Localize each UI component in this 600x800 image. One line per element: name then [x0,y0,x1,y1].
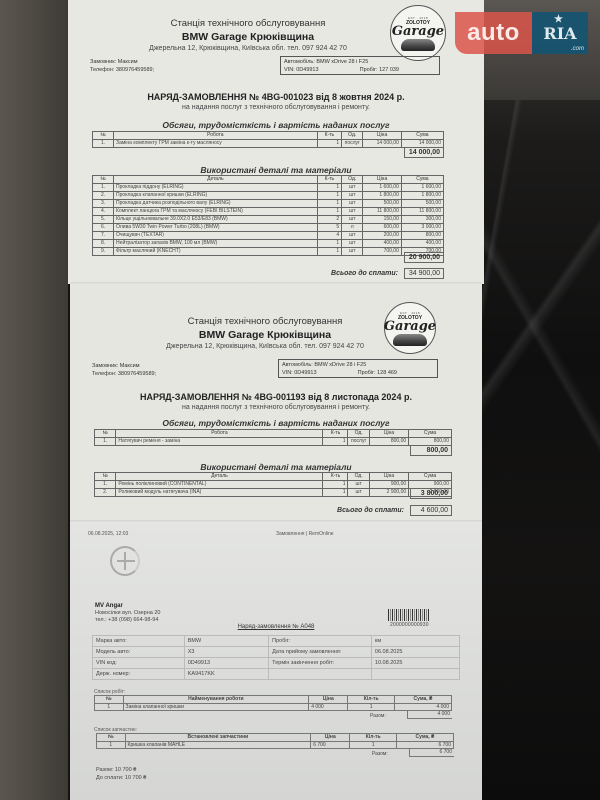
info-value: X3 [184,647,268,658]
receipt-totals: Разом: 10 700 ₴ До сплати: 10 700 ₴ [96,766,146,782]
parts-title: Використані деталі та матеріали [70,462,482,472]
item-sum: 11 800,00 [401,208,443,216]
garage-logo: EST · 2018 ZOLOTOY Garage [384,302,436,354]
item-unit: шт [342,208,363,216]
station-title: Станція технічного обслуговування [128,18,368,29]
table-header-row: №РоботаК-тьОд.ЦінаСума [93,132,444,140]
column-header: Сума [409,430,452,438]
shop-phone: тел.: +38 (098) 664-98-94 [95,617,160,624]
services-table: №РоботаК-тьОд.ЦінаСума1.Натягувач ременя… [94,429,452,446]
station-title: Станція технічного обслуговування [160,316,370,327]
grand-total-value: 34 900,00 [404,268,444,279]
item-price: 150,00 [363,216,402,224]
parts-total-label: Разом: [372,751,388,757]
column-header: Сума, ₴ [396,734,453,742]
invoice-sheet-2: Станція технічного обслуговування BMW Ga… [70,282,482,522]
info-label: Пробіг: [269,636,372,647]
car-model: Автомобіль: BMW xDrive 28 i F25 [284,58,436,66]
info-value: 10.08.2025 [371,658,459,669]
item-name: Прокладка піддону (ELRING) [114,184,318,192]
client-name: Замовник: Максим [92,362,156,370]
invoice-sheet-1: Станція технічного обслуговування BMW Ga… [68,0,484,284]
column-header: К-ть [317,176,342,184]
table-row: 6.Оливa 5W30 Twin Power Turbo (208L) (BM… [93,224,444,232]
row-number: 1. [93,184,114,192]
info-label: Марка авто: [93,636,185,647]
parts-table: №ДетальК-тьОд.ЦінаСума1.Прокладка піддон… [92,175,444,256]
item-name: Прокладка клапанної кришки (ELRING) [114,192,318,200]
services-table: №РоботаК-тьОд.ЦінаСума1.Заміна комплекту… [92,131,444,148]
column-header: Робота [116,430,323,438]
item-unit: л [342,224,363,232]
column-header: Встановлені запчастини [125,734,311,742]
column-header: Деталь [114,176,318,184]
item-sum: 6 700 [396,741,453,749]
row-number: 3. [93,200,114,208]
column-header: Кіл-ть [348,696,394,704]
item-sum: 300,00 [401,216,443,224]
column-header: К-ть [323,430,348,438]
table-row: 1Заміна клапанної кришки4 00014 000 [95,703,452,711]
column-header: № [93,132,114,140]
item-qty: 1 [323,489,348,497]
station-name: BMW Garage Крюківщина [160,329,370,341]
item-sum: 3 000,00 [401,224,443,232]
item-qty: 5 [317,224,342,232]
works-total-label: Разом: [370,713,386,719]
info-label: Держ. номер: [93,669,185,680]
item-qty: 1 [317,192,342,200]
car-model: Автомобіль: BMW xDrive 28 i F25 [282,361,434,369]
stamp-icon [110,546,140,576]
works-total: 4 000 [407,711,452,719]
item-price: 900,00 [369,481,408,489]
car-info-box: Автомобіль: BMW xDrive 28 i F25 VIN: 0D4… [278,359,438,378]
column-header: Сума [409,473,452,481]
item-name: Заміна комплекту ГРМ заміна к-ту масляно… [114,140,318,148]
watermark-dotcom: .com [571,46,584,52]
info-label: Модель авто: [93,647,185,658]
grand-total-label: Всього до сплати: [270,507,404,514]
item-unit: шт [342,192,363,200]
receipt-datetime: 06.08.2025, 12:03 [88,531,128,537]
item-price: 500,00 [363,200,402,208]
info-label [269,669,372,680]
row-number: 5. [93,216,114,224]
info-value: 06.08.2025 [371,647,459,658]
car-icon [393,334,427,346]
item-price: 6 700 [311,741,350,749]
paper-fold [70,282,482,285]
item-price: 14 000,00 [363,140,402,148]
table-header-row: №РоботаК-тьОд.ЦінаСума [95,430,452,438]
column-header: Ціна [363,132,402,140]
row-number: 1 [95,703,124,711]
row-number: 9. [93,248,114,256]
column-header: Деталь [116,473,323,481]
parts-title: Використані деталі та матеріали [68,165,484,175]
column-header: Робота [114,132,318,140]
item-name: Комплект ланцюга ГРМ та масляносу (FEBI … [114,208,318,216]
car-info-box: Автомобіль: BMW xDrive 28 i F25 VIN: 0D4… [280,56,440,75]
column-header: Сума, ₴ [394,696,451,704]
info-value: км [371,636,459,647]
item-unit: шт [348,481,369,489]
autoria-watermark: auto ★ RIA .com [455,12,588,54]
item-qty: 4 [317,232,342,240]
table-row: 1.Прокладка піддону (ELRING)1шт1 600,001… [93,184,444,192]
shop-info: MV Angar Новосілки вул. Озерна 20 тел.: … [95,603,160,624]
receipt-sheet: 06.08.2025, 12:03 Замовлення | RemOnline… [70,520,482,800]
item-sum: 400,00 [401,240,443,248]
watermark-ria-text: RIA [543,24,576,43]
info-label: Дата прийому замовлення: [269,647,372,658]
table-row: 8.Нейтралізатор запахів BMW, 100 мл (BMW… [93,240,444,248]
column-header: К-ть [317,132,342,140]
table-row: 3.Прокладка датчика розподільного валу (… [93,200,444,208]
grand-total-value: 4 600,00 [410,505,452,516]
station-name: BMW Garage Крюківщина [128,31,368,43]
column-header: № [95,696,124,704]
item-name: Очищувач (TEXTAR) [114,232,318,240]
item-name: Ремінь поліклиновий (CONTINENTAL) [116,481,323,489]
watermark-ria: ★ RIA .com [532,12,588,54]
row-number: 1. [93,140,114,148]
item-price: 1 600,00 [363,184,402,192]
table-row: 7.Очищувач (TEXTAR)4шт200,00800,00 [93,232,444,240]
row-number: 4. [93,208,114,216]
info-value [371,669,459,680]
works-table: №Найменування роботиЦінаКіл-тьСума, ₴1За… [94,695,452,711]
item-qty: 1 [323,481,348,489]
column-header: Ціна [309,696,348,704]
item-sum: 500,00 [401,200,443,208]
car-mileage: Пробіг: 127 039 [360,66,399,74]
vehicle-info-table: Марка авто:BMWПробіг:кмМодель авто:X3Дат… [92,635,460,680]
shop-address: Новосілки вул. Озерна 20 [95,610,160,617]
item-qty: 1 [350,741,396,749]
table-row: 2.Роликовий модуль натягувача (INA)1шт2 … [95,489,452,497]
client-name: Замовник: Максим [90,58,154,66]
parts-total: 6 700 [409,749,454,757]
item-qty: 1 [317,208,342,216]
paper-fold [70,520,482,523]
item-unit: шт [342,248,363,256]
station-address: Джерельна 12, Крюківщина, Київська обл. … [128,45,368,52]
column-header: Сума [401,132,443,140]
item-unit: шт [348,489,369,497]
total-line: Разом: 10 700 ₴ [96,766,146,774]
item-price: 400,00 [363,240,402,248]
client-phone: Телефон: 380976459589; [90,66,154,74]
star-icon: ★ [554,14,563,25]
background-left [0,0,68,800]
item-name: Кільце ущільнювальне 39.0X2.0 E53/E83 (B… [114,216,318,224]
column-header: Од. [348,473,369,481]
item-sum: 4 000 [394,703,451,711]
column-header: Од. [342,176,363,184]
order-title: НАРЯД-ЗАМОВЛЕННЯ № 4BG-001023 від 8 жовт… [68,92,484,102]
table-header-row: №Встановлені запчастиниЦінаКіл-тьСума, ₴ [97,734,454,742]
parts-table: №ДетальК-тьОд.ЦінаСума1.Ремінь поліклино… [94,472,452,497]
column-header: Од. [342,132,363,140]
info-row: Держ. номер:KA9417KK [93,669,460,680]
item-price: 11 800,00 [363,208,402,216]
info-row: VIN код:0D49913Термін закінчення робіт:1… [93,658,460,669]
item-name: Роликовий модуль натягувача (INA) [116,489,323,497]
table-row: 1.Заміна комплекту ГРМ заміна к-ту масля… [93,140,444,148]
item-qty: 1 [317,240,342,248]
item-name: Заміна клапанної кришки [123,703,309,711]
station-address: Джерельна 12, Крюківщина, Київська обл. … [160,343,370,350]
item-price: 200,00 [363,232,402,240]
client-info: Замовник: Максим Телефон: 380976459589; [92,362,156,378]
item-sum: 1 800,00 [401,192,443,200]
item-name: Нейтралізатор запахів BMW, 100 мл (BMW) [114,240,318,248]
item-name: Кришка клапанів MAHLE [125,741,311,749]
info-value: KA9417KK [184,669,268,680]
table-row: 1.Натягувач ременя - заміна1послуг800,00… [95,438,452,446]
car-icon [401,39,435,51]
row-number: 2. [95,489,116,497]
garage-logo: EST · 2018 ZOLOTOY Garage [390,5,446,61]
order-title: НАРЯД-ЗАМОВЛЕННЯ № 4BG-001193 від 8 лист… [70,392,482,402]
column-header: № [95,430,116,438]
item-unit: шт [342,232,363,240]
info-value: 0D49913 [184,658,268,669]
table-row: 5.Кільце ущільнювальне 39.0X2.0 E53/E83 … [93,216,444,224]
car-mileage: Пробіг: 128 469 [358,369,397,377]
logo-main: Garage [384,321,436,333]
item-price: 1 800,00 [363,192,402,200]
item-name: Натягувач ременя - заміна [116,438,323,446]
services-title: Обсяги, трудомісткість і вартість надани… [68,120,484,130]
table-header-row: №ДетальК-тьОд.ЦінаСума [93,176,444,184]
column-header: Сума [401,176,443,184]
item-unit: шт [342,184,363,192]
column-header: № [95,473,116,481]
table-header-row: №ДетальК-тьОд.ЦінаСума [95,473,452,481]
column-header: № [93,176,114,184]
table-row: 2.Прокладка клапанної кришки (ELRING)1шт… [93,192,444,200]
item-qty: 1 [317,184,342,192]
grand-total-label: Всього до сплати: [268,270,398,277]
row-number: 1. [95,438,116,446]
table-row: 1Кришка клапанів MAHLE6 70016 700 [97,741,454,749]
item-qty: 1 [317,200,342,208]
receipt-header: Замовлення | RemOnline [276,531,334,537]
item-name: Оливa 5W30 Twin Power Turbo (208L) (BMW) [114,224,318,232]
column-header: Ціна [369,473,408,481]
item-unit: шт [342,216,363,224]
item-unit: шт [342,200,363,208]
item-unit: послуг [348,438,369,446]
services-subtotal: 800,00 [410,445,452,456]
column-header: Од. [348,430,369,438]
item-unit: послуг [342,140,363,148]
table-header-row: №Найменування роботиЦінаКіл-тьСума, ₴ [95,696,452,704]
column-header: Ціна [311,734,350,742]
item-qty: 2 [317,216,342,224]
item-qty: 1 [323,438,348,446]
parts-subtotal: 20 900,00 [404,252,444,263]
row-number: 6. [93,224,114,232]
parts-subtotal: 3 800,00 [410,488,452,499]
barcode-icon [388,609,430,621]
row-number: 2. [93,192,114,200]
item-price: 700,00 [363,248,402,256]
item-qty: 1 [317,140,342,148]
info-row: Марка авто:BMWПробіг:км [93,636,460,647]
column-header: Ціна [363,176,402,184]
pay-line: До сплати: 10 700 ₴ [96,774,146,782]
column-header: № [97,734,126,742]
logo-main: Garage [392,26,444,38]
row-number: 8. [93,240,114,248]
column-header: Кіл-ть [350,734,396,742]
item-name: Прокладка датчика розподільного валу (EL… [114,200,318,208]
client-info: Замовник: Максим Телефон: 380976459589; [90,58,154,74]
column-header: Найменування роботи [123,696,309,704]
item-sum: 800,00 [401,232,443,240]
item-price: 800,00 [369,438,408,446]
column-header: Ціна [369,430,408,438]
info-label: VIN код: [93,658,185,669]
item-price: 2 900,00 [369,489,408,497]
info-row: Модель авто:X3Дата прийому замовлення:06… [93,647,460,658]
info-value: BMW [184,636,268,647]
column-header: К-ть [323,473,348,481]
table-row: 1.Ремінь поліклиновий (CONTINENTAL)1шт90… [95,481,452,489]
item-unit: шт [342,240,363,248]
table-row: 9.Фільтр масляний (KNECHT)1шт700,00700,0… [93,248,444,256]
background-marble [480,0,600,800]
order-subtitle: на надання послуг з технічного обслугову… [70,404,482,411]
item-name: Фільтр масляний (KNECHT) [114,248,318,256]
client-phone: Телефон: 380976459589; [92,370,156,378]
receipt-title: Наряд-замовлення № A048 [70,624,482,630]
parts-table: №Встановлені запчастиниЦінаКіл-тьСума, ₴… [96,733,454,749]
item-qty: 1 [348,703,394,711]
services-subtotal: 14 000,00 [404,147,444,158]
info-label: Термін закінчення робіт: [269,658,372,669]
services-title: Обсяги, трудомісткість і вартість надани… [70,418,482,428]
item-price: 4 000 [309,703,348,711]
item-price: 600,00 [363,224,402,232]
row-number: 1. [95,481,116,489]
item-qty: 1 [317,248,342,256]
row-number: 1 [97,741,126,749]
order-subtitle: на надання послуг з технічного обслугову… [68,104,484,111]
shop-name: MV Angar [95,603,123,609]
row-number: 7. [93,232,114,240]
item-sum: 1 600,00 [401,184,443,192]
table-row: 4.Комплект ланцюга ГРМ та масляносу (FEB… [93,208,444,216]
watermark-auto: auto [455,12,532,54]
